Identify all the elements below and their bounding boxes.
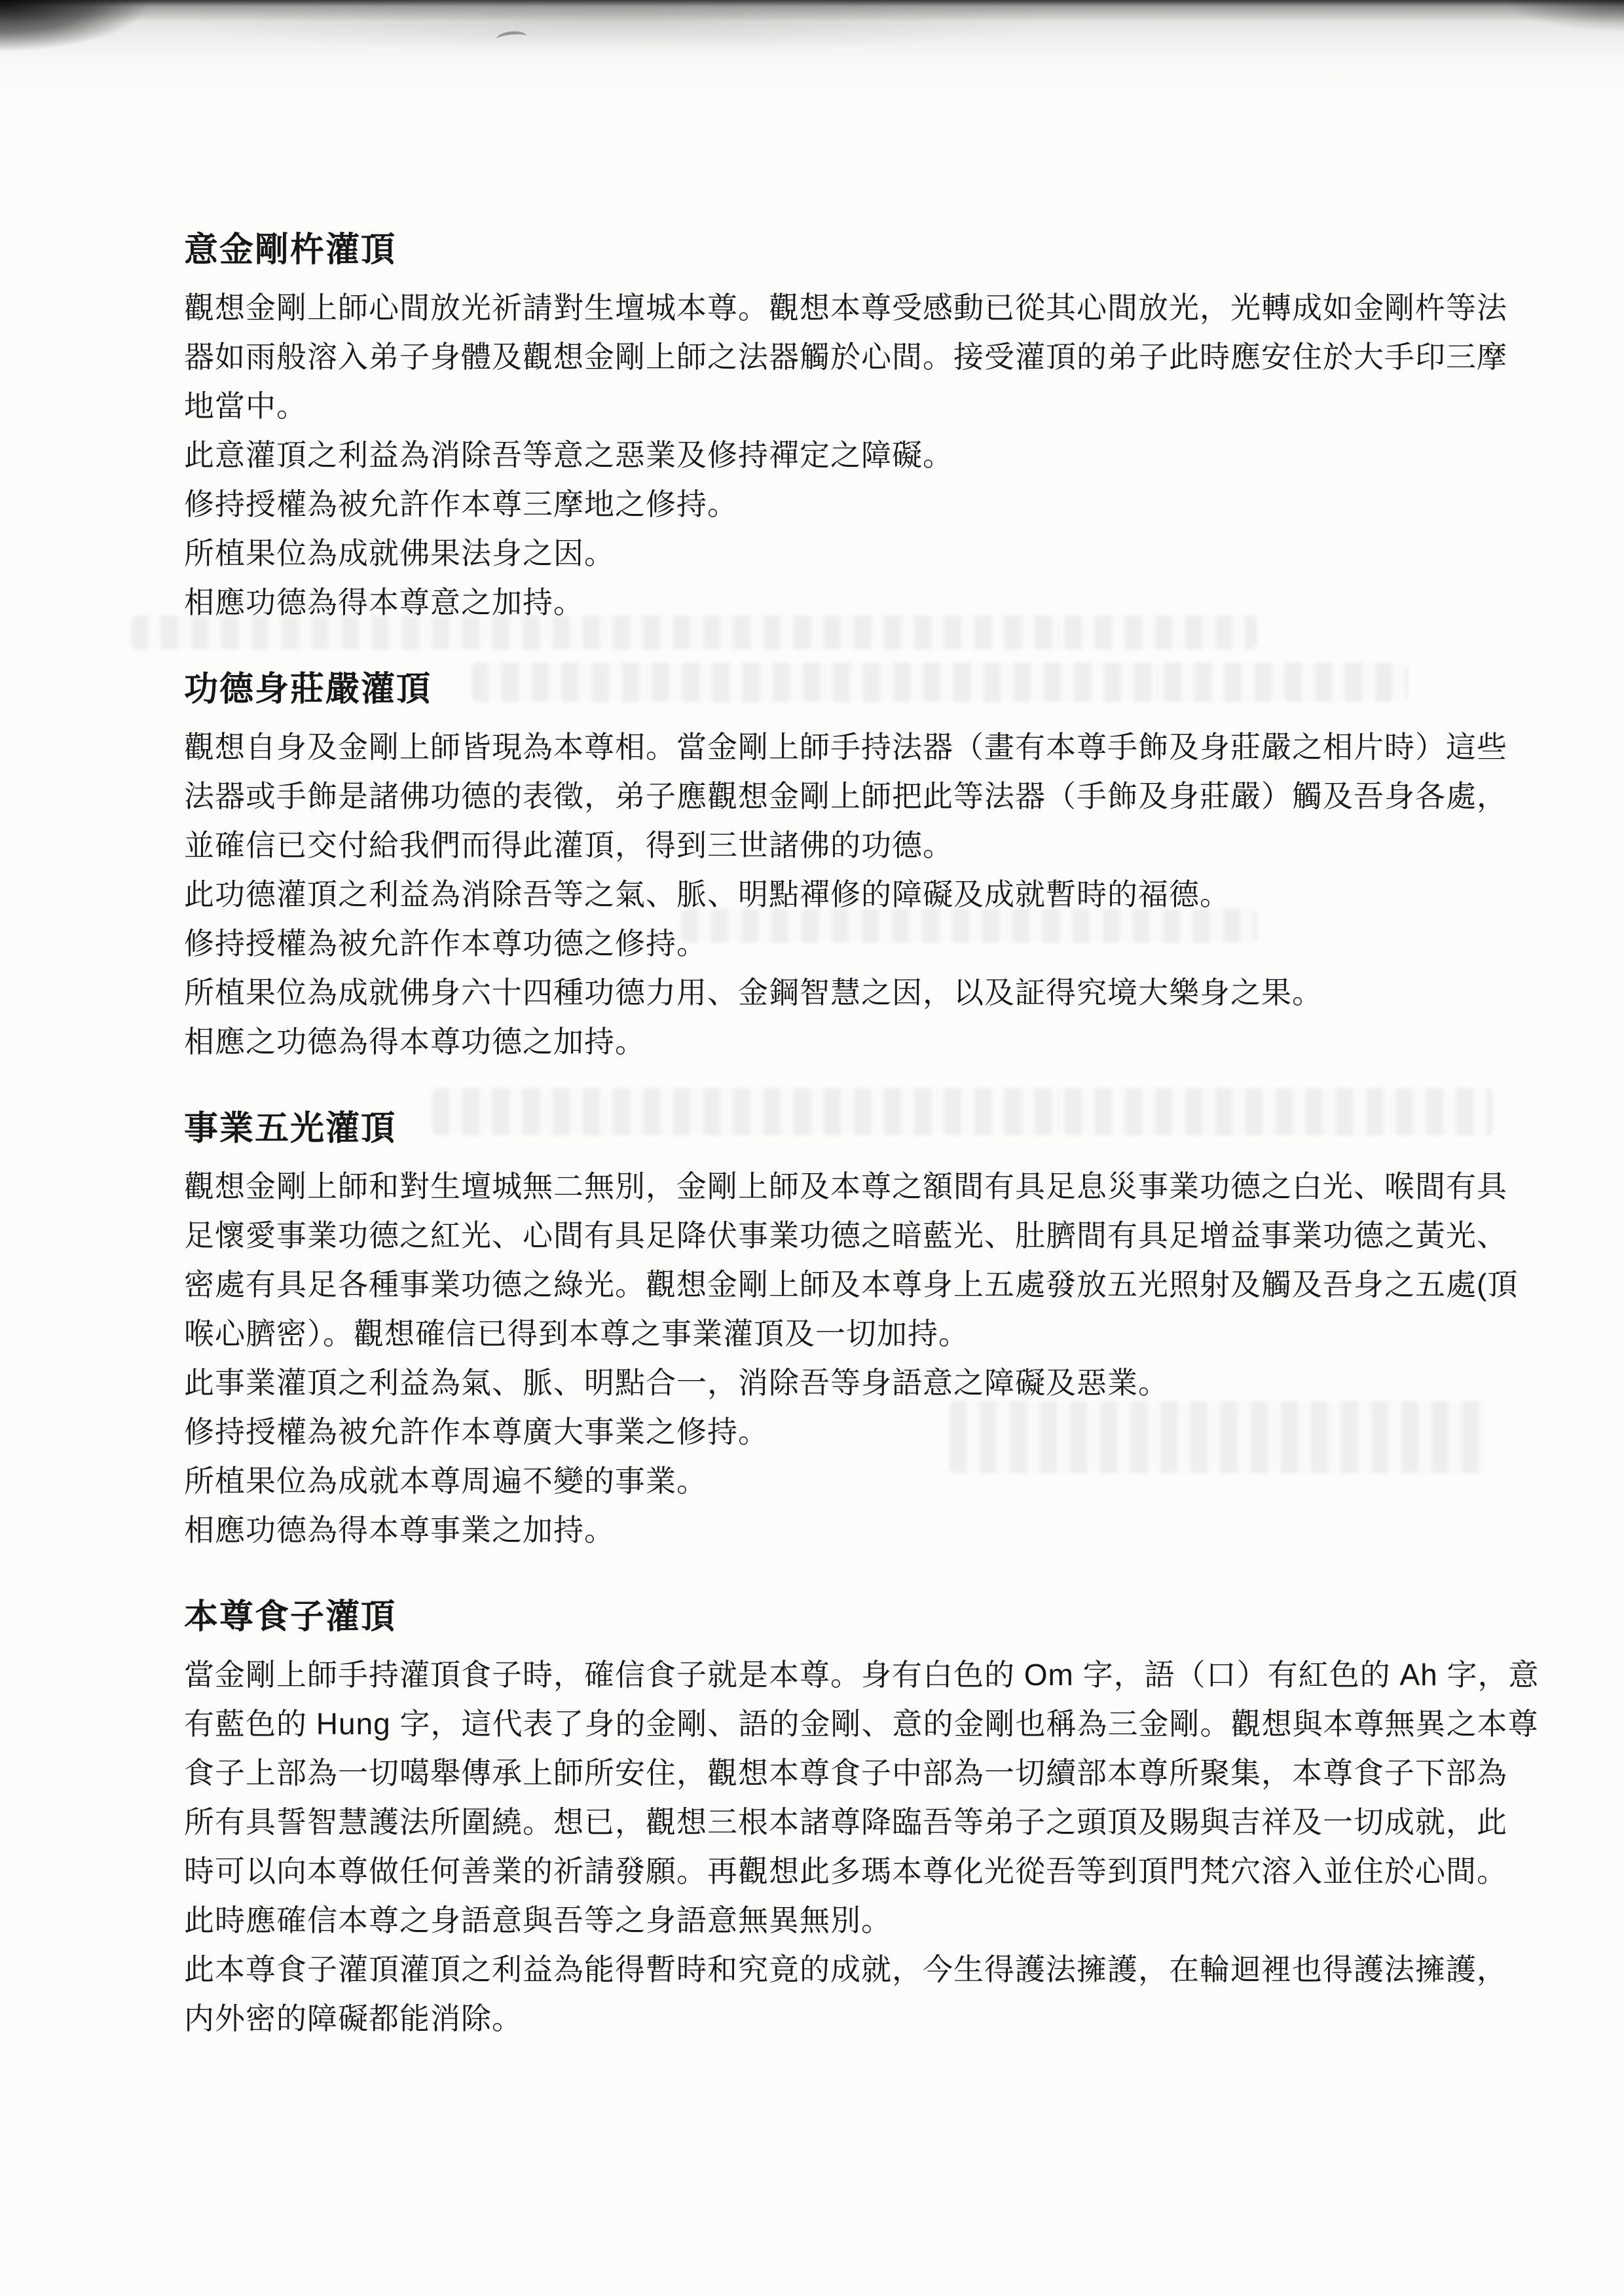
text-line: 相應之功德為得本尊功德之加持。 [184, 1017, 1510, 1066]
scanned-document-page: 意金剛杵灌頂 觀想金剛上師心間放光祈請對生壇城本尊。觀想本尊受感動已從其心間放光… [0, 0, 1624, 2296]
text-line: 觀想金剛上師心間放光祈請對生壇城本尊。觀想本尊受感動已從其心間放光，光轉成如金剛… [184, 283, 1510, 333]
text-line: 此事業灌頂之利益為氣、脈、明點合一，消除吾等身語意之障礙及惡業。 [184, 1358, 1510, 1408]
section-heading: 功德身莊嚴灌頂 [184, 665, 1510, 714]
text-line: 地當中。 [184, 382, 1510, 431]
section-mind-vajra-empowerment: 意金剛杵灌頂 觀想金剛上師心間放光祈請對生壇城本尊。觀想本尊受感動已從其心間放光… [184, 226, 1510, 627]
section-activity-five-lights-empowerment: 事業五光灌頂 觀想金剛上師和對生壇城無二無別，金剛上師及本尊之額間有具足息災事業… [184, 1104, 1510, 1555]
text-line: 觀想自身及金剛上師皆現為本尊相。當金剛上師手持法器（畫有本尊手飾及身莊嚴之相片時… [184, 723, 1510, 772]
text-line: 密處有具足各種事業功德之綠光。觀想金剛上師及本尊身上五處發放五光照射及觸及吾身之… [184, 1260, 1510, 1309]
text-line: 有藍色的 Hung 字，這代表了身的金剛、語的金剛、意的金剛也稱為三金剛。觀想與… [184, 1700, 1510, 1749]
text-line: 所植果位為成就佛果法身之因。 [184, 529, 1510, 578]
text-line: 此功德灌頂之利益為消除吾等之氣、脈、明點禪修的障礙及成就暫時的福德。 [184, 870, 1510, 919]
text-line: 觀想金剛上師和對生壇城無二無別，金剛上師及本尊之額間有具足息災事業功德之白光、喉… [184, 1162, 1510, 1211]
scan-mark [496, 30, 527, 46]
text-line: 修持授權為被允許作本尊功德之修持。 [184, 919, 1510, 968]
text-line: 足懷愛事業功德之紅光、心間有具足降伏事業功德之暗藍光、肚臍間有具足增益事業功德之… [184, 1211, 1510, 1260]
scan-shadow-top [0, 0, 1624, 98]
text-line: 修持授權為被允許作本尊三摩地之修持。 [184, 480, 1510, 529]
text-line: 所植果位為成就佛身六十四種功德力用、金鋼智慧之因，以及証得究境大樂身之果。 [184, 968, 1510, 1017]
text-line: 所有具誓智慧護法所圍繞。想已，觀想三根本諸尊降臨吾等弟子之頭頂及賜與吉祥及一切成… [184, 1798, 1510, 1847]
text-line: 時可以向本尊做任何善業的祈請發願。再觀想此多瑪本尊化光從吾等到頂門梵穴溶入並住於… [184, 1847, 1510, 1896]
section-yidam-torma-empowerment: 本尊食子灌頂 當金剛上師手持灌頂食子時，確信食子就是本尊。身有白色的 Om 字，… [184, 1593, 1510, 2043]
text-line: 相應功德為得本尊意之加持。 [184, 578, 1510, 627]
text-line: 相應功德為得本尊事業之加持。 [184, 1506, 1510, 1555]
text-line: 當金剛上師手持灌頂食子時，確信食子就是本尊。身有白色的 Om 字，語（口）有紅色… [184, 1650, 1510, 1700]
section-heading: 事業五光灌頂 [184, 1104, 1510, 1154]
text-line: 此本尊食子灌頂灌頂之利益為能得暫時和究竟的成就，今生得護法擁護，在輪迴裡也得護法… [184, 1945, 1510, 1994]
text-line: 修持授權為被允許作本尊廣大事業之修持。 [184, 1408, 1510, 1457]
document-content: 意金剛杵灌頂 觀想金剛上師心間放光祈請對生壇城本尊。觀想本尊受感動已從其心間放光… [184, 226, 1510, 2081]
text-line: 内外密的障礙都能消除。 [184, 1994, 1510, 2043]
text-line: 器如雨般溶入弟子身體及觀想金剛上師之法器觸於心間。接受灌頂的弟子此時應安住於大手… [184, 333, 1510, 382]
section-merit-body-adornment-empowerment: 功德身莊嚴灌頂 觀想自身及金剛上師皆現為本尊相。當金剛上師手持法器（畫有本尊手飾… [184, 665, 1510, 1066]
text-line: 所植果位為成就本尊周遍不變的事業。 [184, 1457, 1510, 1506]
text-line: 並確信已交付給我們而得此灌頂，得到三世諸佛的功德。 [184, 821, 1510, 870]
text-line: 法器或手飾是諸佛功德的表徵，弟子應觀想金剛上師把此等法器（手飾及身莊嚴）觸及吾身… [184, 772, 1510, 821]
text-line: 食子上部為一切噶舉傳承上師所安住，觀想本尊食子中部為一切續部本尊所聚集，本尊食子… [184, 1749, 1510, 1798]
text-line: 此意灌頂之利益為消除吾等意之惡業及修持禪定之障礙。 [184, 431, 1510, 480]
text-line: 喉心臍密）。觀想確信已得到本尊之事業灌頂及一切加持。 [184, 1309, 1510, 1358]
section-heading: 本尊食子灌頂 [184, 1593, 1510, 1642]
text-line: 此時應確信本尊之身語意與吾等之身語意無異無別。 [184, 1896, 1510, 1945]
section-heading: 意金剛杵灌頂 [184, 226, 1510, 275]
